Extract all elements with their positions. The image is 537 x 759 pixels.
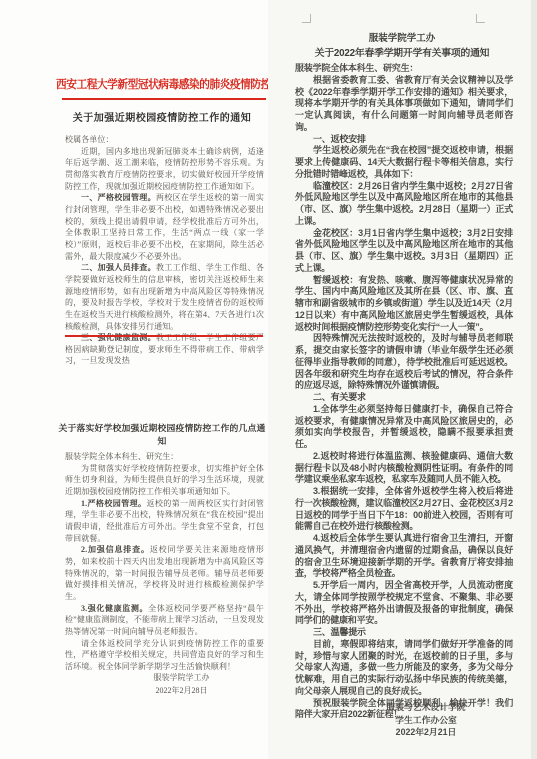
right-doc-paragraph: 金花校区：3月1日省内学生集中返校；3月2日安排省外低风险地区学生以及中高风险地…: [295, 228, 513, 275]
notice2-signature-block: 服装学院学工办 2022年2月28日: [65, 671, 264, 697]
right-doc-paragraph: 暂缓返校：有发热、咳嗽、腹泻等健康状况异常的学生、国内中高风险地区及其所在县（区…: [295, 275, 513, 334]
right-doc-signature-org: 服装与艺术设计学院: [339, 701, 513, 714]
right-doc-paragraph: 目前，寒假即将结束，请同学们做好开学准备的同时，珍惜与家人团聚的时光，在返校前的…: [295, 639, 513, 698]
right-doc-paragraph: 学生返校必须先在“我在校园”提交返校申请，根据要求上传健康码、14天大数据行程卡…: [295, 145, 513, 180]
right-doc-section-heading: 三、温馨提示: [295, 627, 513, 639]
right-doc-body: 服装学院全体本科生、研究生： 根据省委教育工委、省教育厅有关会议精神以及学校《2…: [295, 63, 513, 721]
right-doc-section-heading: 二、有关要求: [295, 392, 513, 404]
right-doc-section-heading: 一、返校安排: [295, 134, 513, 146]
right-doc-salutation: 服装学院全体本科生、研究生：: [295, 63, 513, 75]
paragraph-lead: 金花校区：: [313, 228, 358, 238]
paragraph-lead: 暂缓返校：: [313, 275, 359, 285]
left-page: 西安工程大学新型冠状病毒感染的肺炎疫情防控工作领导小组 关于加强近期校园疫情防控…: [0, 0, 268, 759]
paragraph-text: 学生返校必须先在“我在校园”提交返校申请，根据要求上传健康码、14天大数据行程卡…: [295, 145, 513, 179]
paragraph-lead: 临潼校区：: [313, 181, 358, 191]
paragraph-text: 5.开学后一周内，因全省高校开学，人员流动密度大，请全体同学按照学校规定不堂食、…: [295, 580, 513, 625]
red-separator-line-bottom: [65, 335, 263, 337]
right-doc-paragraph: 根据省委教育工委、省教育厅有关会议精神以及学校《2022年春季学期开学工作安排的…: [295, 75, 513, 134]
paragraph-lead: 3.强化健康监测。: [81, 604, 148, 613]
paragraph-text: 3.根据统一安排，全体省外返校学生将入校后将进行一次核酸检测，建议临潼校区2月2…: [295, 486, 513, 531]
right-doc-department: 服装学院学工办: [293, 30, 511, 44]
paragraph-text: 4.返校后全体学生要认真进行宿舍卫生清扫，开窗通风换气，并清理宿舍内遗留的过期食…: [295, 533, 513, 578]
right-doc-paragraph: 2.返校时将进行体温监测、核验健康码、通信大数据行程卡以及48小时内核酸检测阴性…: [295, 451, 513, 486]
paragraph-text: 根据省委教育工委、省教育厅有关会议精神以及学校《2022年春季学期开学工作安排的…: [295, 75, 513, 132]
paragraph-text: 近期，国内多地出现新冠肺炎本土确诊病例，适逢年后返学潮、返工潮来临，疫情防控形势…: [65, 147, 264, 191]
right-page: 服装学院学工办 关于2022年春季学期开学有关事项的通知 服装学院全体本科生、研…: [268, 0, 537, 759]
page-margin-corner-right-icon: [476, 14, 485, 23]
right-doc-title: 关于2022年春季学期开学有关事项的通知: [283, 45, 521, 59]
paragraph-lead: 2.加强信息排查。: [81, 545, 150, 554]
notice2-body: 服装学院全体本科生、研究生： 为贯彻落实好学校疫情防控要求，切实维护好全体师生切…: [65, 451, 264, 672]
right-doc-paragraph: 4.返校后全体学生要认真进行宿舍卫生清扫，开窗通风换气，并清理宿舍内遗留的过期食…: [295, 533, 513, 580]
notice2-salutation: 服装学院全体本科生、研究生：: [65, 451, 264, 463]
notice2-date: 2022年2月28日: [99, 684, 264, 697]
notice2-paragraph: 1.严格校园管理。返校的第一周两校区实行封闭管理，学生非必要不出校，特殊情况须在…: [65, 498, 264, 545]
notice2-signature: 服装学院学工办: [99, 671, 264, 684]
notice2-paragraph: 为贯彻落实好学校疫情防控要求，切实维护好全体师生切身利益，为师生提供良好的学习生…: [65, 463, 264, 498]
notice1-body: 校属各单位： 近期，国内多地出现新冠肺炎本土确诊病例，适逢年后返学潮、返工潮来临…: [65, 134, 264, 367]
notice1-paragraph: 近期，国内多地出现新冠肺炎本土确诊病例，适逢年后返学潮、返工潮来临，疫情防控形势…: [65, 146, 264, 193]
notice1-paragraph: 一、严格校园管理。两校区在学生返校的第一周实行封闭管理，学生非必要不出校，如遇特…: [65, 192, 264, 262]
right-doc-paragraph: 临潼校区：2月26日省内学生集中返校；2月27日省外低风险地区学生以及中高风险地…: [295, 181, 513, 228]
paragraph-text: 两校区在学生返校的第一周实行封闭管理，学生非必要不出校，如遇特殊情况必要出校的，…: [65, 193, 264, 260]
right-doc-paragraph: 3.根据统一安排，全体省外返校学生将入校后将进行一次核酸检测，建议临潼校区2月2…: [295, 486, 513, 533]
paragraph-lead: 一、返校安排: [313, 134, 366, 144]
notice1-paragraph: 二、加强人员排查。教工工作组、学生工作组、各学院要做好返校师生的信息审核，密切关…: [65, 262, 264, 332]
paragraph-text: 2.返校时将进行体温监测、核验健康码、通信大数据行程卡以及48小时内核酸检测阴性…: [295, 451, 513, 485]
red-head-org-title: 西安工程大学新型冠状病毒感染的肺炎疫情防控工作领导小组: [56, 78, 253, 92]
page-right-edge-shadow: [531, 0, 537, 759]
paragraph-text: 请全体返校同学充分认识到疫情防控工作的重要性，严格遵守学校相关规定，共同营造良好…: [65, 639, 264, 671]
page-margin-corner-left-icon: [302, 14, 311, 23]
notice1-title: 关于加强近期校园疫情防控工作的通知: [56, 109, 268, 124]
paragraph-text: 1.全体学生必须坚持每日健康打卡，确保自己符合返校要求，有健康情况异常及中高风险…: [295, 404, 513, 449]
paragraph-text: 教工工作组、学生工作组、各学院要做好返校师生的信息审核，密切关注返校师生来源地疫…: [65, 263, 264, 330]
red-separator-line-top: [62, 98, 266, 100]
notice2-paragraph: 请全体返校同学充分认识到疫情防控工作的重要性，严格遵守学校相关规定，共同营造良好…: [65, 638, 264, 673]
paragraph-lead: 二、加强人员排查。: [81, 263, 156, 272]
paragraph-text: 目前，寒假即将结束，请同学们做好开学准备的同时，珍惜与家人团聚的时光，在返校前的…: [295, 639, 513, 696]
right-doc-signature-office: 学生工作办公室: [339, 714, 513, 727]
right-doc-paragraph: 1.全体学生必须坚持每日健康打卡，确保自己符合返校要求，有健康情况异常及中高风险…: [295, 404, 513, 451]
notice2-paragraph: 3.强化健康监测。全体返校同学要严格坚持“晨午检”健康监测制度，不能带病上课学习…: [65, 603, 264, 638]
notice1-salutation: 校属各单位：: [65, 134, 264, 146]
paragraph-text: 因特殊情况无法按时返校的，及时与辅导员老师联系，提交由家长签字的请假申请（毕业年…: [295, 333, 513, 390]
right-doc-paragraph: 因特殊情况无法按时返校的，及时与辅导员老师联系，提交由家长签字的请假申请（毕业年…: [295, 333, 513, 392]
paragraph-text: 为贯彻落实好学校疫情防控要求，切实维护好全体师生切身利益，为师生提供良好的学习生…: [65, 464, 264, 496]
right-doc-paragraph: 5.开学后一周内，因全省高校开学，人员流动密度大，请全体同学按照学校规定不堂食、…: [295, 580, 513, 627]
notice1-paragraph: 三、强化健康监测。教工工作组、学生工作组要严格因病缺勤登记制度，要求师生不得带病…: [65, 332, 264, 367]
paragraph-lead: 二、有关要求: [313, 392, 366, 402]
notice2-paragraph: 2.加强信息排查。返校同学要关注来源地疫情形势，如来校前十四天内出发地出现新增为…: [65, 544, 264, 602]
paragraph-lead: 一、严格校园管理。: [81, 193, 156, 202]
right-doc-date: 2022年2月21日: [339, 726, 513, 739]
notice2-title: 关于落实好学校加强近期校园疫情防控工作的几点通知: [56, 421, 268, 447]
paragraph-lead: 三、温馨提示: [313, 627, 366, 637]
paragraph-lead: 1.严格校园管理。: [81, 499, 146, 508]
right-doc-signature-block: 服装与艺术设计学院 学生工作办公室 2022年2月21日: [295, 701, 513, 739]
